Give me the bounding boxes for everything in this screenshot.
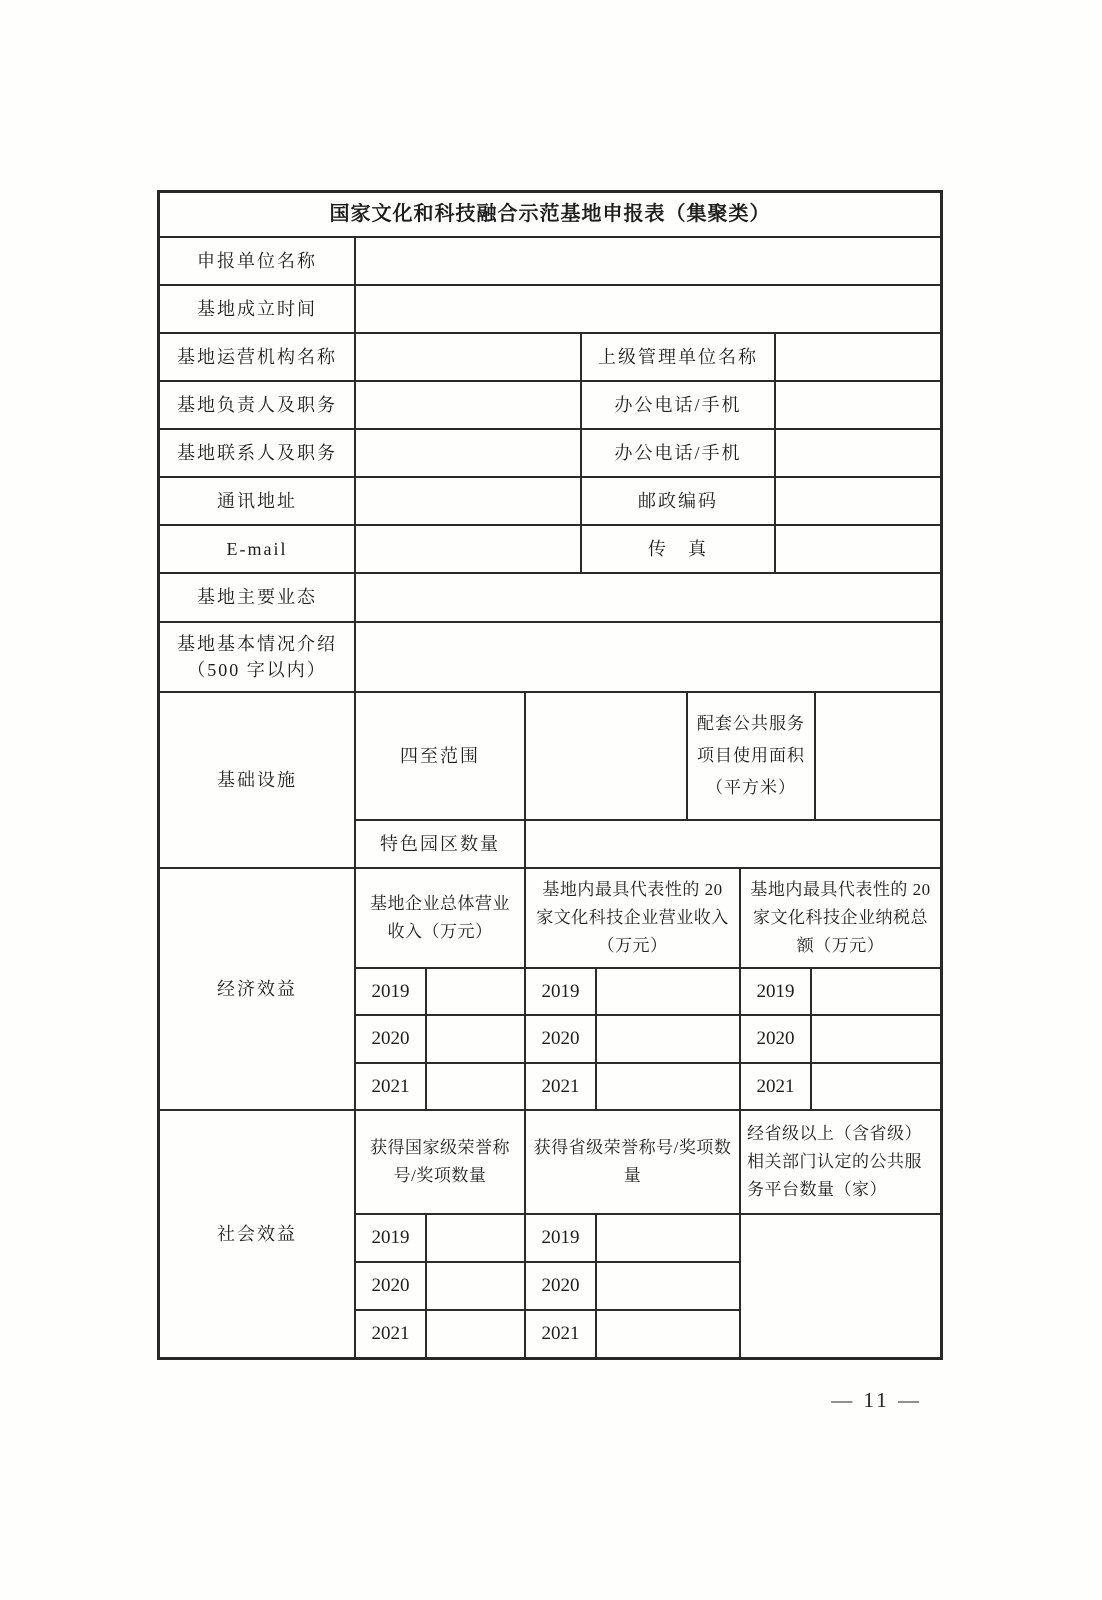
document-page: 国家文化和科技融合示范基地申报表（集聚类） 申报单位名称 基地成立时间 基地运营… [0,0,1102,1600]
economic-col2-header: 基地内最具代表性的 20 家文化科技企业营业收入（万元） [525,868,740,968]
social-col2-value-2019 [596,1214,740,1262]
economic-col3-value-2019 [811,968,941,1015]
scope-label: 四至范围 [355,692,525,820]
social-col3-value [740,1214,941,1358]
social-col2-year-2021: 2021 [525,1310,596,1358]
declaring-unit-label: 申报单位名称 [159,237,355,285]
economic-col2-year-2021: 2021 [525,1063,596,1110]
scope-value [525,692,687,820]
main-business-label: 基地主要业态 [159,573,355,622]
fax-label: 传 真 [581,525,775,573]
economic-col3-value-2020 [811,1015,941,1063]
economic-col3-year-2020: 2020 [740,1015,811,1063]
base-intro-label: 基地基本情况介绍（500 字以内） [159,622,355,692]
leader-phone-label: 办公电话/手机 [581,381,775,429]
row-base-leader: 基地负责人及职务 办公电话/手机 [159,381,941,429]
main-business-value [355,573,941,622]
operating-org-label: 基地运营机构名称 [159,333,355,381]
row-mail-address: 通讯地址 邮政编码 [159,477,941,525]
social-col1-header: 获得国家级荣誉称号/奖项数量 [355,1110,525,1214]
base-leader-label: 基地负责人及职务 [159,381,355,429]
mail-address-label: 通讯地址 [159,477,355,525]
email-value [355,525,581,573]
park-count-value [525,820,941,868]
service-area-label: 配套公共服务项目使用面积（平方米） [687,692,815,820]
postal-code-label: 邮政编码 [581,477,775,525]
establish-time-value [355,285,941,333]
row-main-business: 基地主要业态 [159,573,941,622]
social-col2-year-2019: 2019 [525,1214,596,1262]
title-row: 国家文化和科技融合示范基地申报表（集聚类） [159,192,941,237]
economic-col3-year-2019: 2019 [740,968,811,1015]
social-col1-value-2021 [426,1310,525,1358]
economic-col1-header: 基地企业总体营业收入（万元） [355,868,525,968]
row-base-contact: 基地联系人及职务 办公电话/手机 [159,429,941,477]
economic-benefit-label: 经济效益 [159,868,355,1110]
economic-col1-year-2020: 2020 [355,1015,426,1063]
infrastructure-label: 基础设施 [159,692,355,868]
economic-col2-year-2019: 2019 [525,968,596,1015]
contact-phone-label: 办公电话/手机 [581,429,775,477]
establish-time-label: 基地成立时间 [159,285,355,333]
base-leader-value [355,381,581,429]
mail-address-value [355,477,581,525]
section-economic-benefit: 经济效益 基地企业总体营业收入（万元） 基地内最具代表性的 20 家文化科技企业… [159,868,941,1110]
base-contact-value [355,429,581,477]
social-col1-value-2020 [426,1262,525,1310]
superior-unit-value [775,333,941,381]
social-col2-year-2020: 2020 [525,1262,596,1310]
fax-value [775,525,941,573]
social-col1-year-2021: 2021 [355,1310,426,1358]
social-col2-value-2020 [596,1262,740,1310]
economic-col1-value-2021 [426,1063,525,1110]
economic-col2-value-2021 [596,1063,740,1110]
economic-col1-year-2019: 2019 [355,968,426,1015]
base-intro-value [355,622,941,692]
application-form-table: 国家文化和科技融合示范基地申报表（集聚类） 申报单位名称 基地成立时间 基地运营… [157,190,943,1360]
row-base-intro: 基地基本情况介绍（500 字以内） [159,622,941,692]
economic-col3-value-2021 [811,1063,941,1110]
social-col2-value-2021 [596,1310,740,1358]
economic-col2-value-2020 [596,1015,740,1063]
postal-code-value [775,477,941,525]
economic-col2-value-2019 [596,968,740,1015]
superior-unit-label: 上级管理单位名称 [581,333,775,381]
economic-col3-header: 基地内最具代表性的 20 家文化科技企业纳税总额（万元） [740,868,941,968]
declaring-unit-value [355,237,941,285]
contact-phone-value [775,429,941,477]
social-col3-header: 经省级以上（含省级）相关部门认定的公共服务平台数量（家） [740,1110,941,1214]
service-area-value [815,692,941,820]
base-contact-label: 基地联系人及职务 [159,429,355,477]
economic-col1-value-2020 [426,1015,525,1063]
social-col1-value-2019 [426,1214,525,1262]
leader-phone-value [775,381,941,429]
row-declaring-unit: 申报单位名称 [159,237,941,285]
section-infrastructure: 基础设施 四至范围 配套公共服务项目使用面积（平方米） 特色园区数量 [159,692,941,868]
row-email: E-mail 传 真 [159,525,941,573]
section-social-benefit: 社会效益 获得国家级荣誉称号/奖项数量 获得省级荣誉称号/奖项数量 经省级以上（… [159,1110,941,1358]
row-establish-time: 基地成立时间 [159,285,941,333]
economic-col2-year-2020: 2020 [525,1015,596,1063]
email-label: E-mail [159,525,355,573]
social-col2-header: 获得省级荣誉称号/奖项数量 [525,1110,740,1214]
economic-col1-year-2021: 2021 [355,1063,426,1110]
social-col1-year-2019: 2019 [355,1214,426,1262]
economic-col1-value-2019 [426,968,525,1015]
row-operating-org: 基地运营机构名称 上级管理单位名称 [159,333,941,381]
economic-col3-year-2021: 2021 [740,1063,811,1110]
operating-org-value [355,333,581,381]
social-col1-year-2020: 2020 [355,1262,426,1310]
social-benefit-label: 社会效益 [159,1110,355,1358]
form-title: 国家文化和科技融合示范基地申报表（集聚类） [159,192,941,237]
page-number: — 11 — [831,1388,922,1413]
park-count-label: 特色园区数量 [355,820,525,868]
